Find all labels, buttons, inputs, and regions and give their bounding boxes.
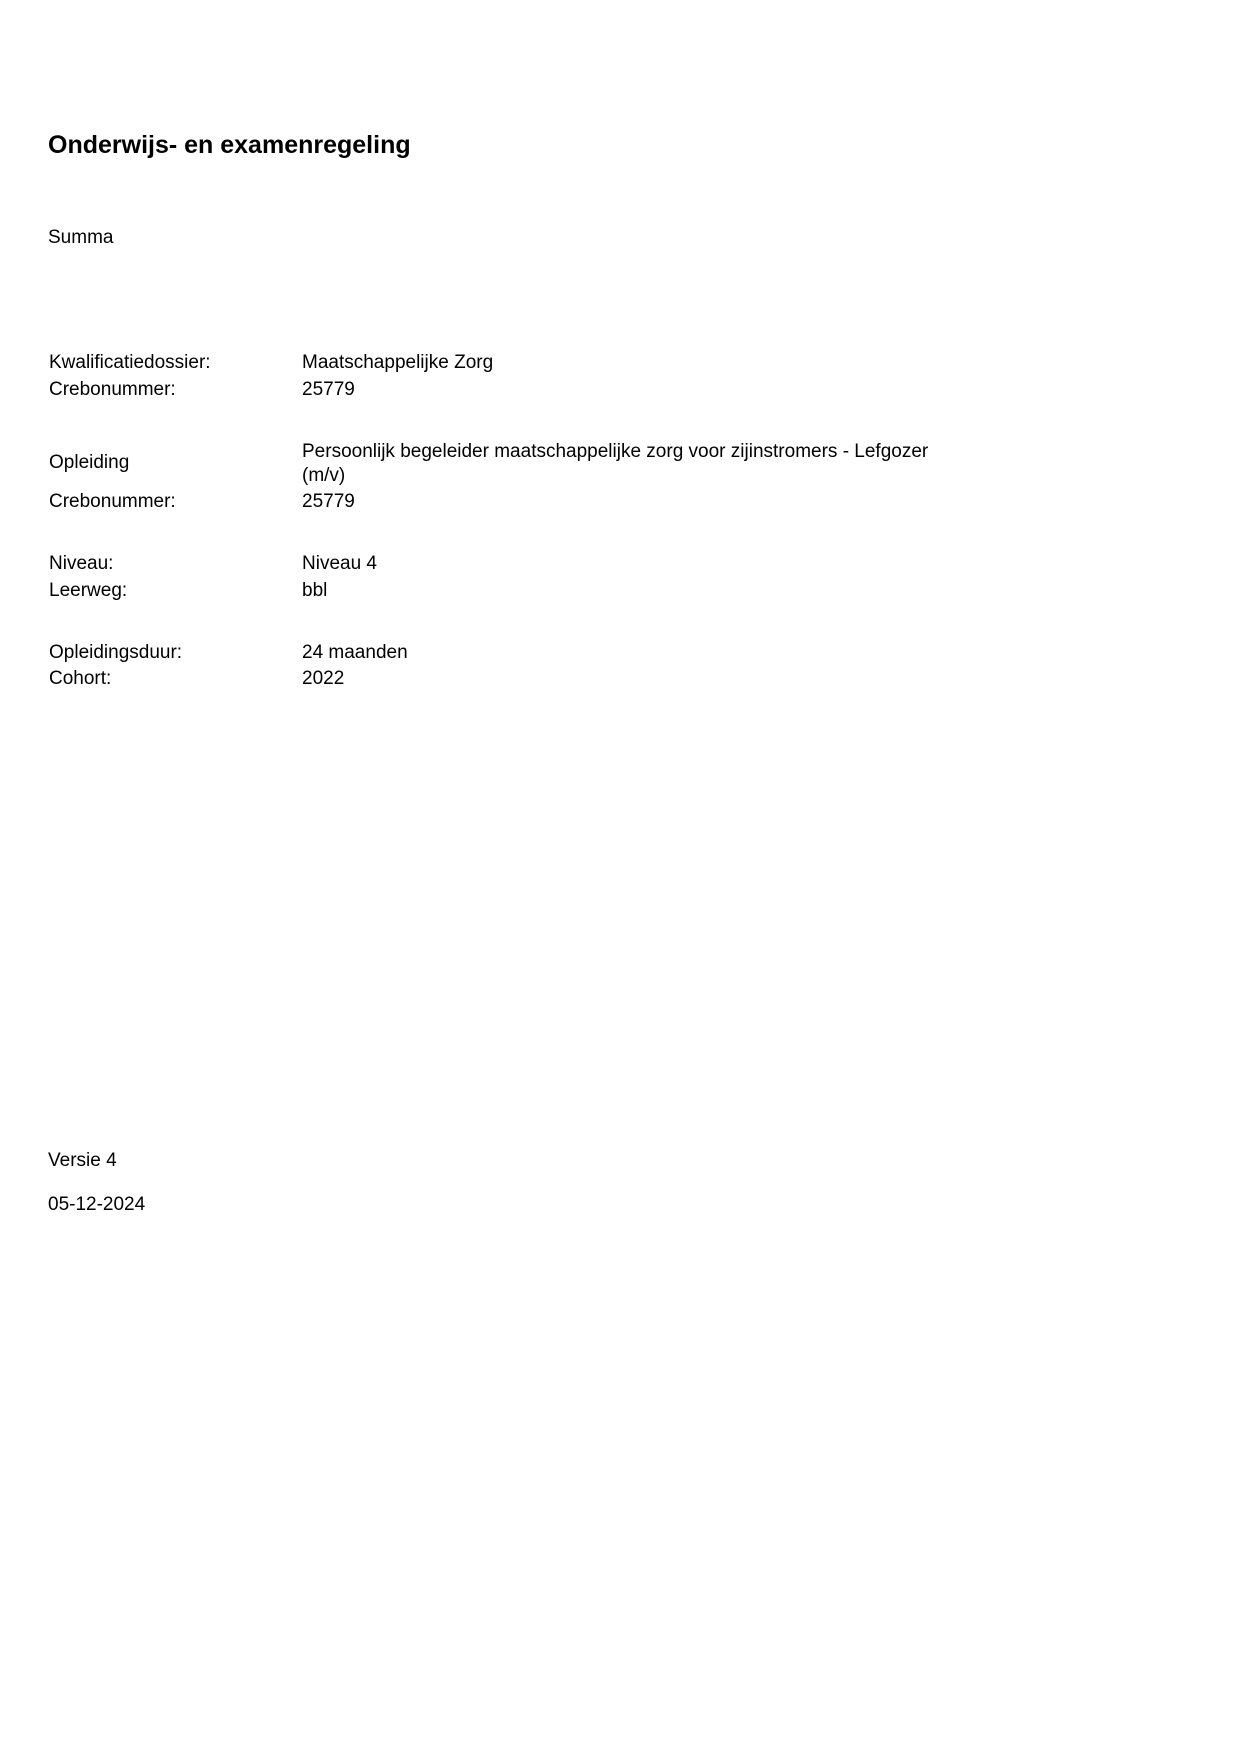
- detail-value: 24 maanden: [302, 642, 1012, 664]
- detail-label: Leerweg:: [49, 580, 127, 602]
- detail-value: 25779: [302, 491, 1012, 513]
- document-title: Onderwijs- en examenregeling: [48, 130, 411, 160]
- detail-value: Maatschappelijke Zorg: [302, 352, 1012, 374]
- version-label: Versie 4: [48, 1149, 117, 1173]
- detail-label: Opleidingsduur:: [49, 642, 182, 664]
- detail-value: 2022: [302, 668, 1012, 690]
- detail-label: Opleiding: [49, 452, 129, 474]
- institution-name: Summa: [48, 226, 113, 250]
- detail-label: Niveau:: [49, 553, 113, 575]
- detail-value: Persoonlijk begeleider maatschappelijke …: [302, 441, 1012, 463]
- detail-label: Crebonummer:: [49, 491, 176, 513]
- detail-value: Niveau 4: [302, 553, 1012, 575]
- detail-label: Cohort:: [49, 668, 111, 690]
- detail-value: 25779: [302, 379, 1012, 401]
- detail-label: Crebonummer:: [49, 379, 176, 401]
- document-date: 05-12-2024: [48, 1193, 145, 1217]
- detail-value: bbl: [302, 580, 1012, 602]
- detail-value: (m/v): [302, 465, 1012, 487]
- detail-label: Kwalificatiedossier:: [49, 352, 211, 374]
